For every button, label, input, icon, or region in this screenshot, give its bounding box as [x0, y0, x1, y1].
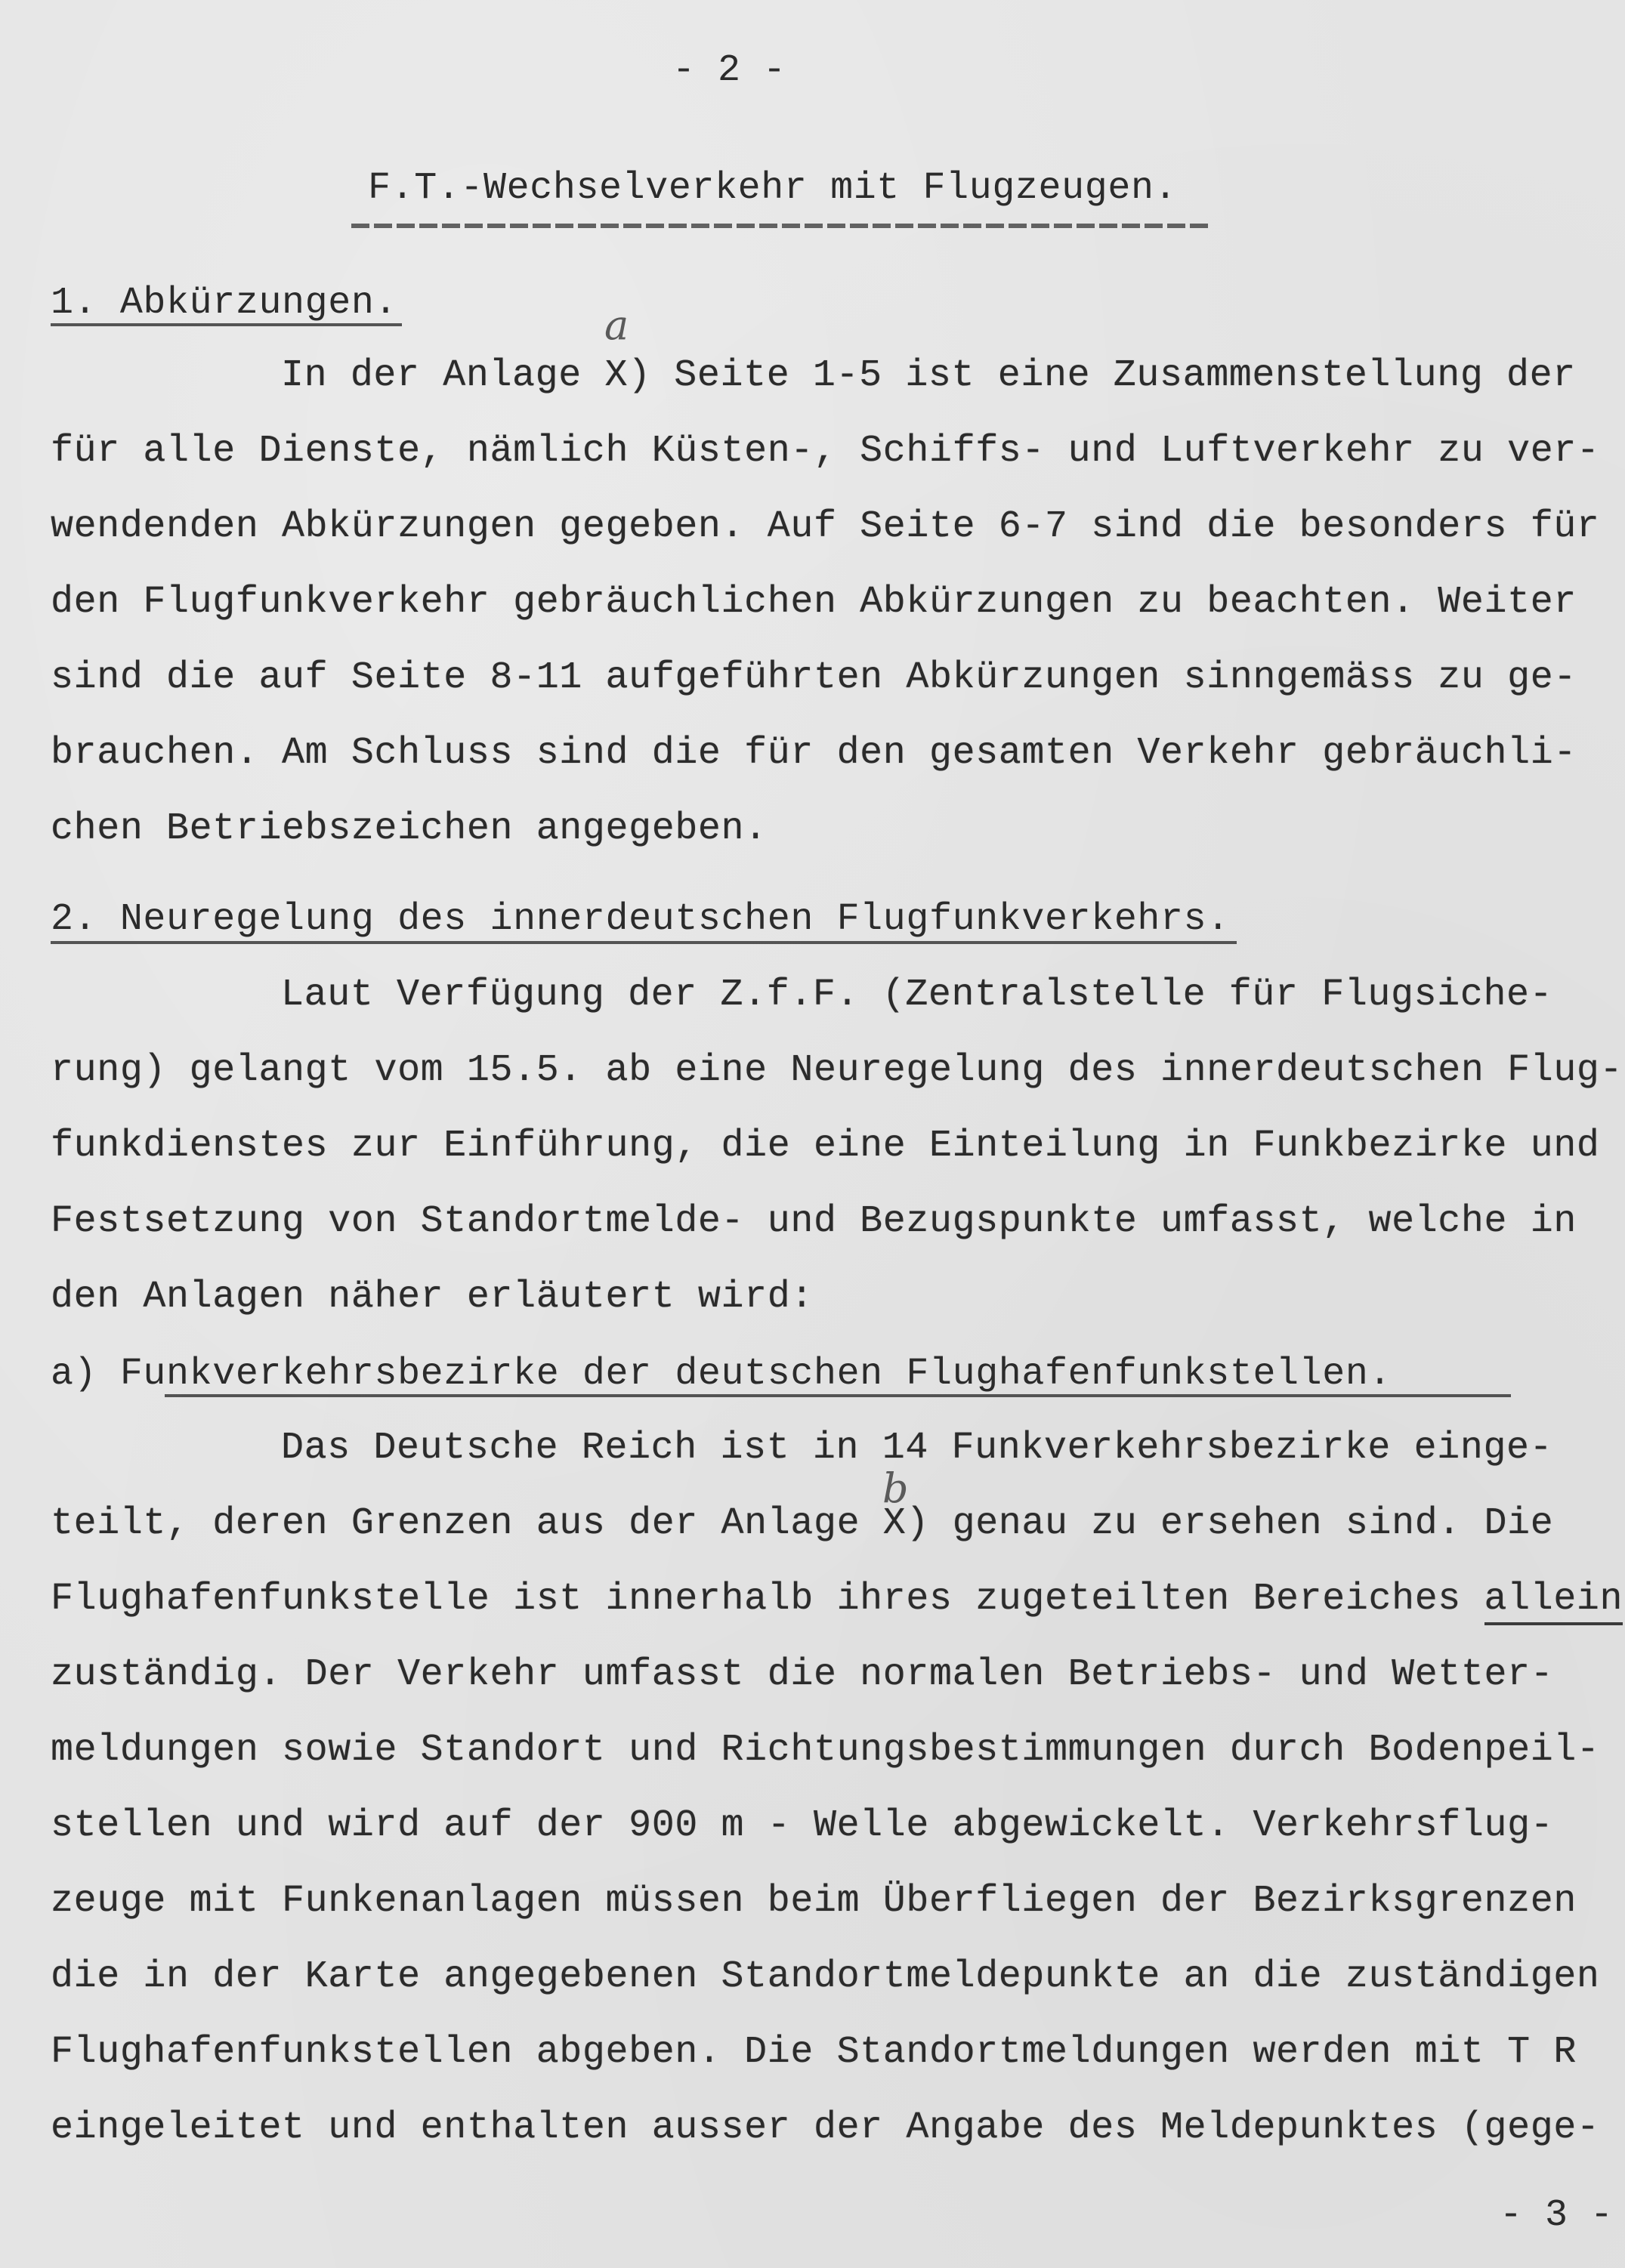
- section-1-heading-underline: [51, 323, 402, 326]
- subsection-a-line: meldungen sowie Standort und Richtungsbe…: [51, 1728, 1600, 1773]
- document-page: - 2 - F.T.-Wechselverkehr mit Flugzeugen…: [0, 0, 1625, 2268]
- section-2-heading-underline: [51, 941, 1237, 944]
- section-1-line: In der Anlage X) Seite 1-5 ist eine Zusa…: [281, 353, 1576, 399]
- subsection-a-line: eingeleitet und enthalten ausser der Ang…: [51, 2106, 1600, 2151]
- section-1-line: sind die auf Seite 8-11 aufgeführten Abk…: [51, 656, 1577, 701]
- continuation-page-number: - 3 -: [1500, 2193, 1613, 2239]
- subsection-a-line-text: Flughafenfunkstelle ist innerhalb ihres …: [51, 1578, 1484, 1621]
- subsection-a-line: die in der Karte angegebenen Standortmel…: [51, 1955, 1600, 2000]
- section-2-line: Festsetzung von Standortmelde- und Bezug…: [51, 1199, 1577, 1245]
- handwritten-annotation-a: a: [604, 305, 629, 346]
- subsection-a-heading-underline: [165, 1394, 1511, 1397]
- subsection-a-line: Das Deutsche Reich ist in 14 Funkverkehr…: [281, 1426, 1552, 1471]
- subsection-a-line: zuständig. Der Verkehr umfasst die norma…: [51, 1652, 1553, 1698]
- section-1-heading: 1. Abkürzungen.: [51, 281, 397, 326]
- section-1-line: chen Betriebszeichen angegeben.: [51, 807, 768, 852]
- section-2-line: funkdienstes zur Einführung, die eine Ei…: [51, 1124, 1600, 1169]
- section-1-line: brauchen. Am Schluss sind die für den ge…: [51, 731, 1577, 776]
- page-number: - 2 -: [672, 48, 786, 94]
- underlined-word-allein: allein: [1484, 1578, 1623, 1625]
- section-2-heading: 2. Neuregelung des innerdeutschen Flugfu…: [51, 897, 1230, 943]
- document-title: F.T.-Wechselverkehr mit Flugzeugen.: [368, 166, 1177, 211]
- section-2-line: rung) gelangt vom 15.5. ab eine Neuregel…: [51, 1048, 1623, 1094]
- section-2-line: den Anlagen näher erläutert wird:: [51, 1275, 814, 1320]
- section-1-line: für alle Dienste, nämlich Küsten-, Schif…: [51, 429, 1600, 474]
- subsection-a-line: Flughafenfunkstellen abgeben. Die Stando…: [51, 2030, 1577, 2075]
- subsection-a-heading: a) Funkverkehrsbezirke der deutschen Flu…: [51, 1352, 1392, 1397]
- section-1-line: wendenden Abkürzungen gegeben. Auf Seite…: [51, 505, 1600, 550]
- subsection-a-line: teilt, deren Grenzen aus der Anlage X) g…: [51, 1501, 1553, 1547]
- section-2-line: Laut Verfügung der Z.f.F. (Zentralstelle…: [281, 973, 1552, 1018]
- section-1-line: den Flugfunkverkehr gebräuchlichen Abkür…: [51, 580, 1577, 625]
- subsection-a-line: stellen und wird auf der 900 m - Welle a…: [51, 1804, 1553, 1849]
- subsection-a-line: zeuge mit Funkenanlagen müssen beim Über…: [51, 1879, 1577, 1924]
- title-underline: [351, 224, 1209, 228]
- subsection-a-line: Flughafenfunkstelle ist innerhalb ihres …: [51, 1577, 1623, 1622]
